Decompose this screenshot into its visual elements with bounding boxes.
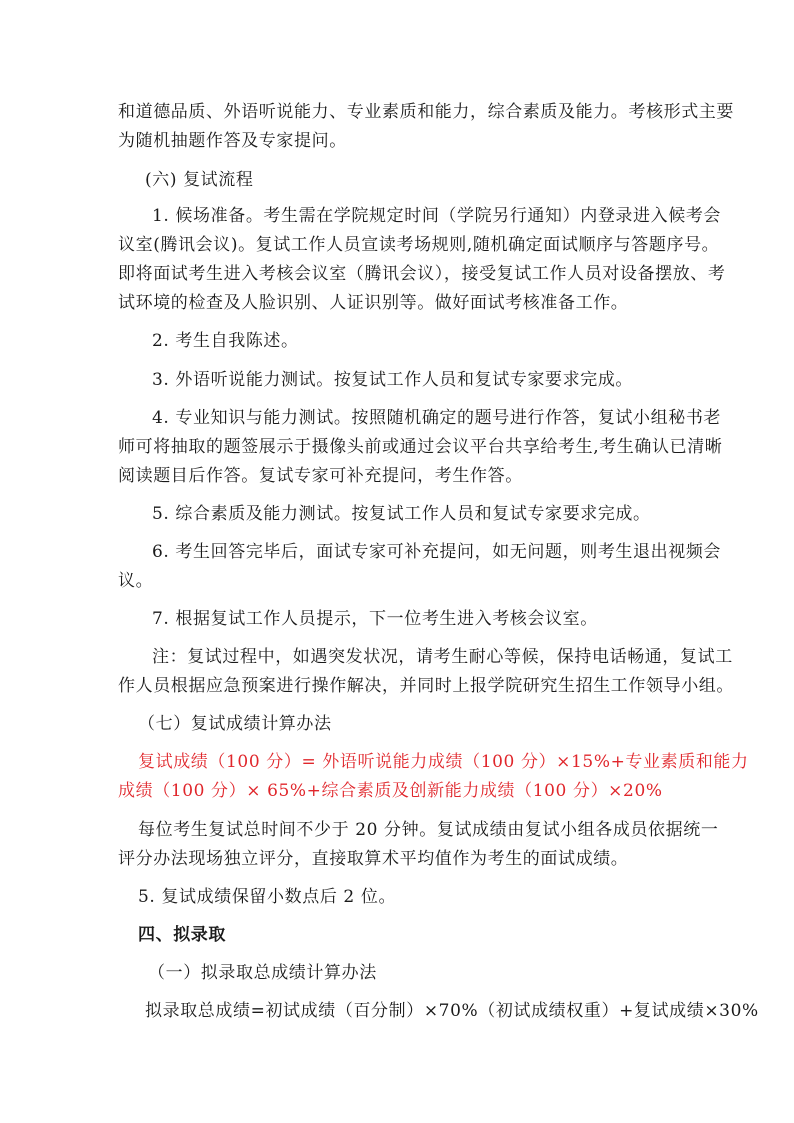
step-5-text: 5. 综合素质及能力测试。按复试工作人员和复试专家要求完成。 (152, 503, 712, 525)
step-1-text: 即将面试考生进入考核会议室（腾讯会议），接受复试工作人员对设备摆放、考 (118, 263, 678, 285)
score-formula: 复试成绩（100 分）= 外语听说能力成绩（100 分）×15%+专业素质和能力 (138, 751, 698, 773)
paragraph-text: 每位考生复试总时间不少于 20 分钟。复试成绩由复试小组各成员依据统一 (138, 819, 698, 841)
step-6-text: 议。 (118, 570, 678, 592)
step-1-text: 试环境的检查及人脸识别、人证识别等。做好面试考核准备工作。 (118, 292, 678, 314)
section-heading-7: （七）复试成绩计算办法 (138, 713, 698, 735)
document-page: 和道德品质、外语听说能力、专业素质和能力，综合素质及能力。考核形式主要 为随机抽… (0, 0, 794, 1123)
chapter-heading-4: 四、拟录取 (138, 924, 698, 946)
total-score-formula: 拟录取总成绩=初试成绩（百分制）×70%（初试成绩权重）+复试成绩×30% (145, 1000, 705, 1022)
step-1-text: 议室(腾讯会议)。复试工作人员宣读考场规则,随机确定面试顺序与答题序号。 (118, 234, 678, 256)
step-2-text: 2. 考生自我陈述。 (152, 330, 712, 352)
step-4-text: 阅读题目后作答。复试专家可补充提问，考生作答。 (118, 465, 678, 487)
step-1-text: 1. 候场准备。考生需在学院规定时间（学院另行通知）内登录进入候考会 (152, 205, 712, 227)
step-7-text: 7. 根据复试工作人员提示，下一位考生进入考核会议室。 (152, 608, 712, 630)
step-6-text: 6. 考生回答完毕后，面试专家可补充提问，如无问题，则考生退出视频会 (152, 541, 712, 563)
step-4-text: 4. 专业知识与能力测试。按照随机确定的题号进行作答，复试小组秘书老 (152, 407, 712, 429)
section-heading-6: (六) 复试流程 (145, 169, 705, 191)
paragraph-text: 和道德品质、外语听说能力、专业素质和能力，综合素质及能力。考核形式主要 (118, 101, 678, 123)
note-text: 作人员根据应急预案进行操作解决，并同时上报学院研究生招生工作领导小组。 (118, 675, 678, 697)
subsection-heading-1: （一）拟录取总成绩计算办法 (148, 962, 708, 984)
score-formula: 成绩（100 分）× 65%+综合素质及创新能力成绩（100 分）×20% (118, 780, 678, 802)
step-4-text: 师可将抽取的题签展示于摄像头前或通过会议平台共享给考生,考生确认已清晰 (118, 436, 678, 458)
paragraph-text: 为随机抽题作答及专家提问。 (118, 130, 678, 152)
paragraph-text: 5. 复试成绩保留小数点后 2 位。 (138, 886, 698, 908)
paragraph-text: 评分办法现场独立评分，直接取算术平均值作为考生的面试成绩。 (118, 848, 678, 870)
note-text: 注：复试过程中，如遇突发状况，请考生耐心等候，保持电话畅通，复试工 (152, 646, 712, 668)
step-3-text: 3. 外语听说能力测试。按复试工作人员和复试专家要求完成。 (152, 369, 712, 391)
